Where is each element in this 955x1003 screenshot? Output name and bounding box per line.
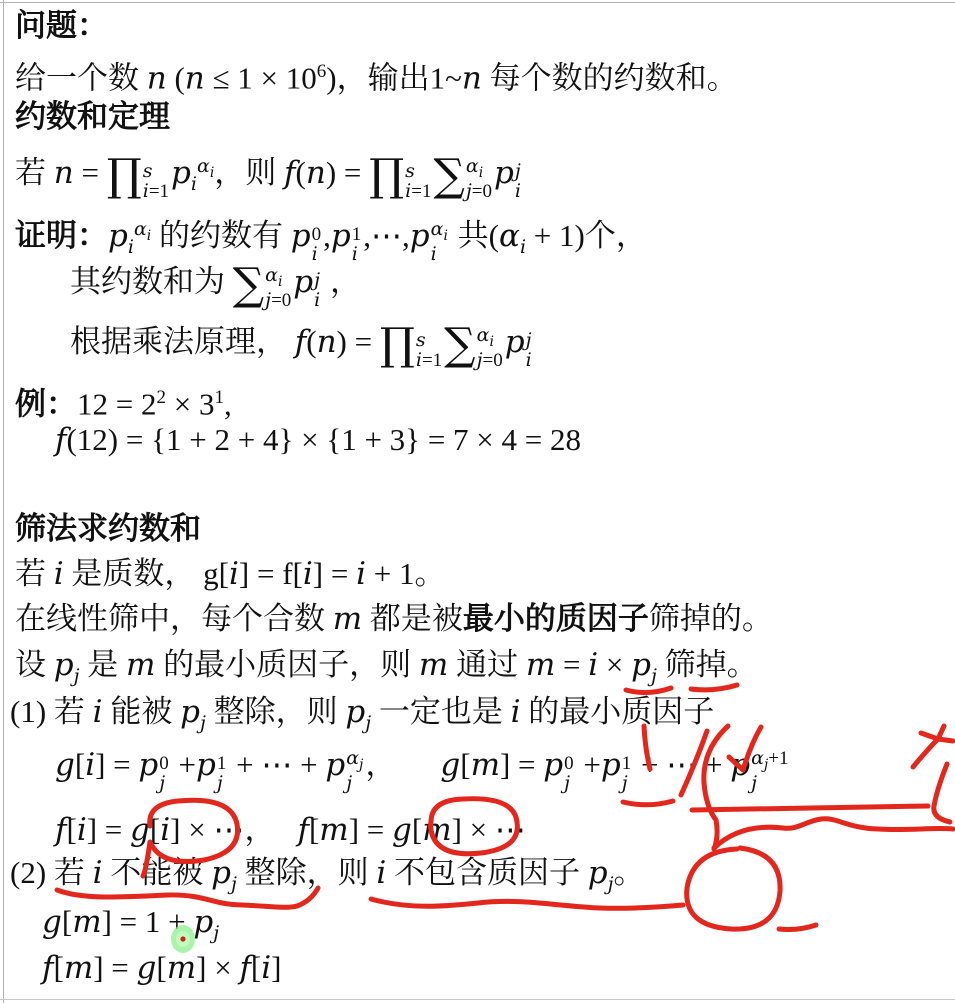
heading-problem: 问题： [15, 6, 108, 46]
red-underline-pj0 [623, 801, 673, 805]
case-1-formula-g: g[i] = p0j +p1j + ⋯ + pαjj，g[m] = p0j +p… [55, 745, 790, 793]
page-top-border [0, 2, 955, 3]
example-line-1: 例：12 = 22 × 31, [15, 378, 232, 424]
red-close-paren [934, 764, 950, 822]
case-2-statement: (2) 若 i 不能被 pj 整除，则 i 不包含质因子 pj。 [10, 853, 645, 905]
proof-line-2: 其约数和为 ∑αij=0pji ， [70, 262, 361, 310]
sieve-line-1: 若 i 是质数， g[i] = f[i] = i + 1。 [15, 554, 446, 594]
sieve-line-2: 在线性筛中，每个合数 m 都是被最小的质因子筛掉的。 [15, 599, 773, 639]
case-2-formula-f: f[m] = g[m] × f[i] [42, 948, 282, 988]
theorem-formula: 若 n = ∏si=1piαi，则 f(n) = ∏si=1∑αij=0pji [15, 146, 523, 205]
notes-page: 问题： 给一个数 n (n ≤ 1 × 106)，输出1~n 每个数的约数和。 … [0, 0, 955, 1003]
red-long-underline [692, 806, 928, 810]
red-circle-tail [779, 925, 816, 930]
problem-statement: 给一个数 n (n ≤ 1 × 106)，输出1~n 每个数的约数和。 [15, 52, 738, 98]
example-line-2: f(12) = {1 + 2 + 4} × {1 + 3} = 7 × 4 = … [55, 420, 581, 460]
case-1-statement: (1) 若 i 能被 pj 整除，则 pj 一定也是 i 的最小质因子 [10, 692, 714, 744]
heading-theorem: 约数和定理 [15, 97, 170, 137]
page-left-border [3, 0, 4, 1003]
case-2-formula-g: g[m] = 1 + pj [42, 902, 219, 954]
red-wavy-strike [714, 819, 953, 848]
red-circle-pj [687, 848, 780, 929]
red-arrow-mark [913, 726, 953, 767]
proof-line-3: 根据乘法原理， f(n) = ∏si=1∑αij=0pji [70, 322, 534, 370]
proof-line-1: 证明：piαi 的约数有 p0i,p1i,⋯,pαii 共(αi + 1)个， [15, 209, 647, 268]
heading-sieve: 筛法求约数和 [15, 509, 201, 549]
case-1-formula-f: f[i] = g[i] × ⋯，f[m] = g[m] × ⋯ [55, 810, 526, 850]
sieve-line-3: 设 pj 是 m 的最小质因子，则 m 通过 m = i × pj 筛掉。 [15, 645, 758, 697]
page-bottom-border [0, 999, 955, 1000]
